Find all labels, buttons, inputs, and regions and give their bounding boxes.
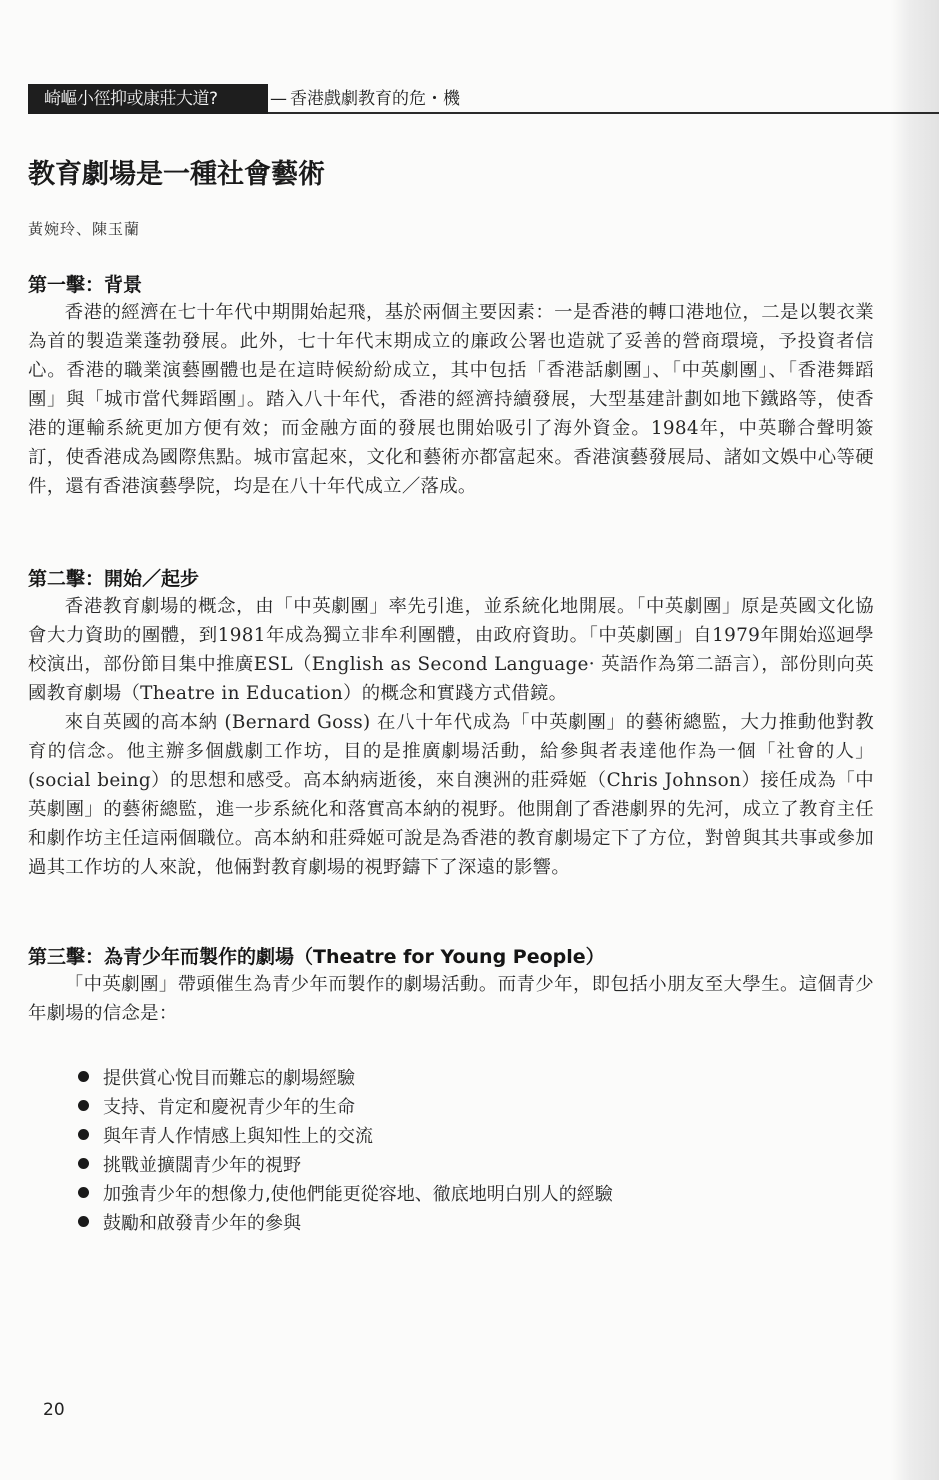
header-rule — [268, 112, 939, 114]
list-item-text: 支持、肯定和慶祝青少年的生命 — [103, 1093, 355, 1119]
article-authors: 黃婉玲、陳玉蘭 — [28, 218, 140, 239]
section-theatre-for-young-people: 第三擊：為青少年而製作的劇場（Theatre for Young People）… — [28, 944, 874, 1028]
beliefs-list: 提供賞心悅目而難忘的劇場經驗 支持、肯定和慶祝青少年的生命 與年青人作情感上與知… — [78, 1062, 613, 1236]
bullet-icon — [78, 1129, 89, 1140]
section-beginning: 第二擊：開始／起步 香港教育劇場的概念，由「中英劇團」率先引進，並系統化地開展。… — [28, 566, 874, 882]
book-title-bar: 崎嶇小徑抑或康莊大道? — [28, 84, 268, 114]
paragraph: 「中英劇團」帶頭催生為青少年而製作的劇場活動。而青少年，即包括小朋友至大學生。這… — [28, 970, 874, 1028]
paragraph: 來自英國的高本納 (Bernard Goss) 在八十年代成為「中英劇團」的藝術… — [28, 708, 874, 882]
section-heading: 第一擊：背景 — [28, 272, 874, 298]
list-item: 挑戰並擴闊青少年的視野 — [78, 1149, 613, 1178]
scan-edge-shadow — [891, 0, 939, 1480]
bullet-icon — [78, 1216, 89, 1227]
header-separator: — — [268, 84, 287, 114]
list-item: 與年青人作情感上與知性上的交流 — [78, 1120, 613, 1149]
section-heading: 第二擊：開始／起步 — [28, 566, 874, 592]
list-item-text: 與年青人作情感上與知性上的交流 — [103, 1122, 373, 1148]
list-item-text: 提供賞心悅目而難忘的劇場經驗 — [103, 1064, 355, 1090]
paragraph: 香港的經濟在七十年代中期開始起飛，基於兩個主要因素：一是香港的轉口港地位，二是以… — [28, 298, 874, 501]
list-item: 加強青少年的想像力,使他們能更從容地、徹底地明白別人的經驗 — [78, 1178, 613, 1207]
bullet-icon — [78, 1100, 89, 1111]
list-item: 提供賞心悅目而難忘的劇場經驗 — [78, 1062, 613, 1091]
list-item: 鼓勵和啟發青少年的參與 — [78, 1207, 613, 1236]
list-item: 支持、肯定和慶祝青少年的生命 — [78, 1091, 613, 1120]
list-item-text: 加強青少年的想像力,使他們能更從容地、徹底地明白別人的經驗 — [103, 1180, 613, 1206]
bullet-icon — [78, 1158, 89, 1169]
page-number: 20 — [43, 1400, 65, 1420]
book-subtitle: 香港戲劇教育的危・機 — [290, 84, 460, 114]
section-heading: 第三擊：為青少年而製作的劇場（Theatre for Young People） — [28, 944, 874, 970]
section-background: 第一擊：背景 香港的經濟在七十年代中期開始起飛，基於兩個主要因素：一是香港的轉口… — [28, 272, 874, 501]
bullet-icon — [78, 1187, 89, 1198]
running-header: 崎嶇小徑抑或康莊大道? — 香港戲劇教育的危・機 — [28, 84, 939, 114]
list-item-text: 挑戰並擴闊青少年的視野 — [103, 1151, 301, 1177]
bullet-icon — [78, 1071, 89, 1082]
paragraph: 香港教育劇場的概念，由「中英劇團」率先引進，並系統化地開展。「中英劇團」原是英國… — [28, 592, 874, 708]
article-title: 教育劇場是一種社會藝術 — [28, 152, 325, 191]
list-item-text: 鼓勵和啟發青少年的參與 — [103, 1209, 301, 1235]
